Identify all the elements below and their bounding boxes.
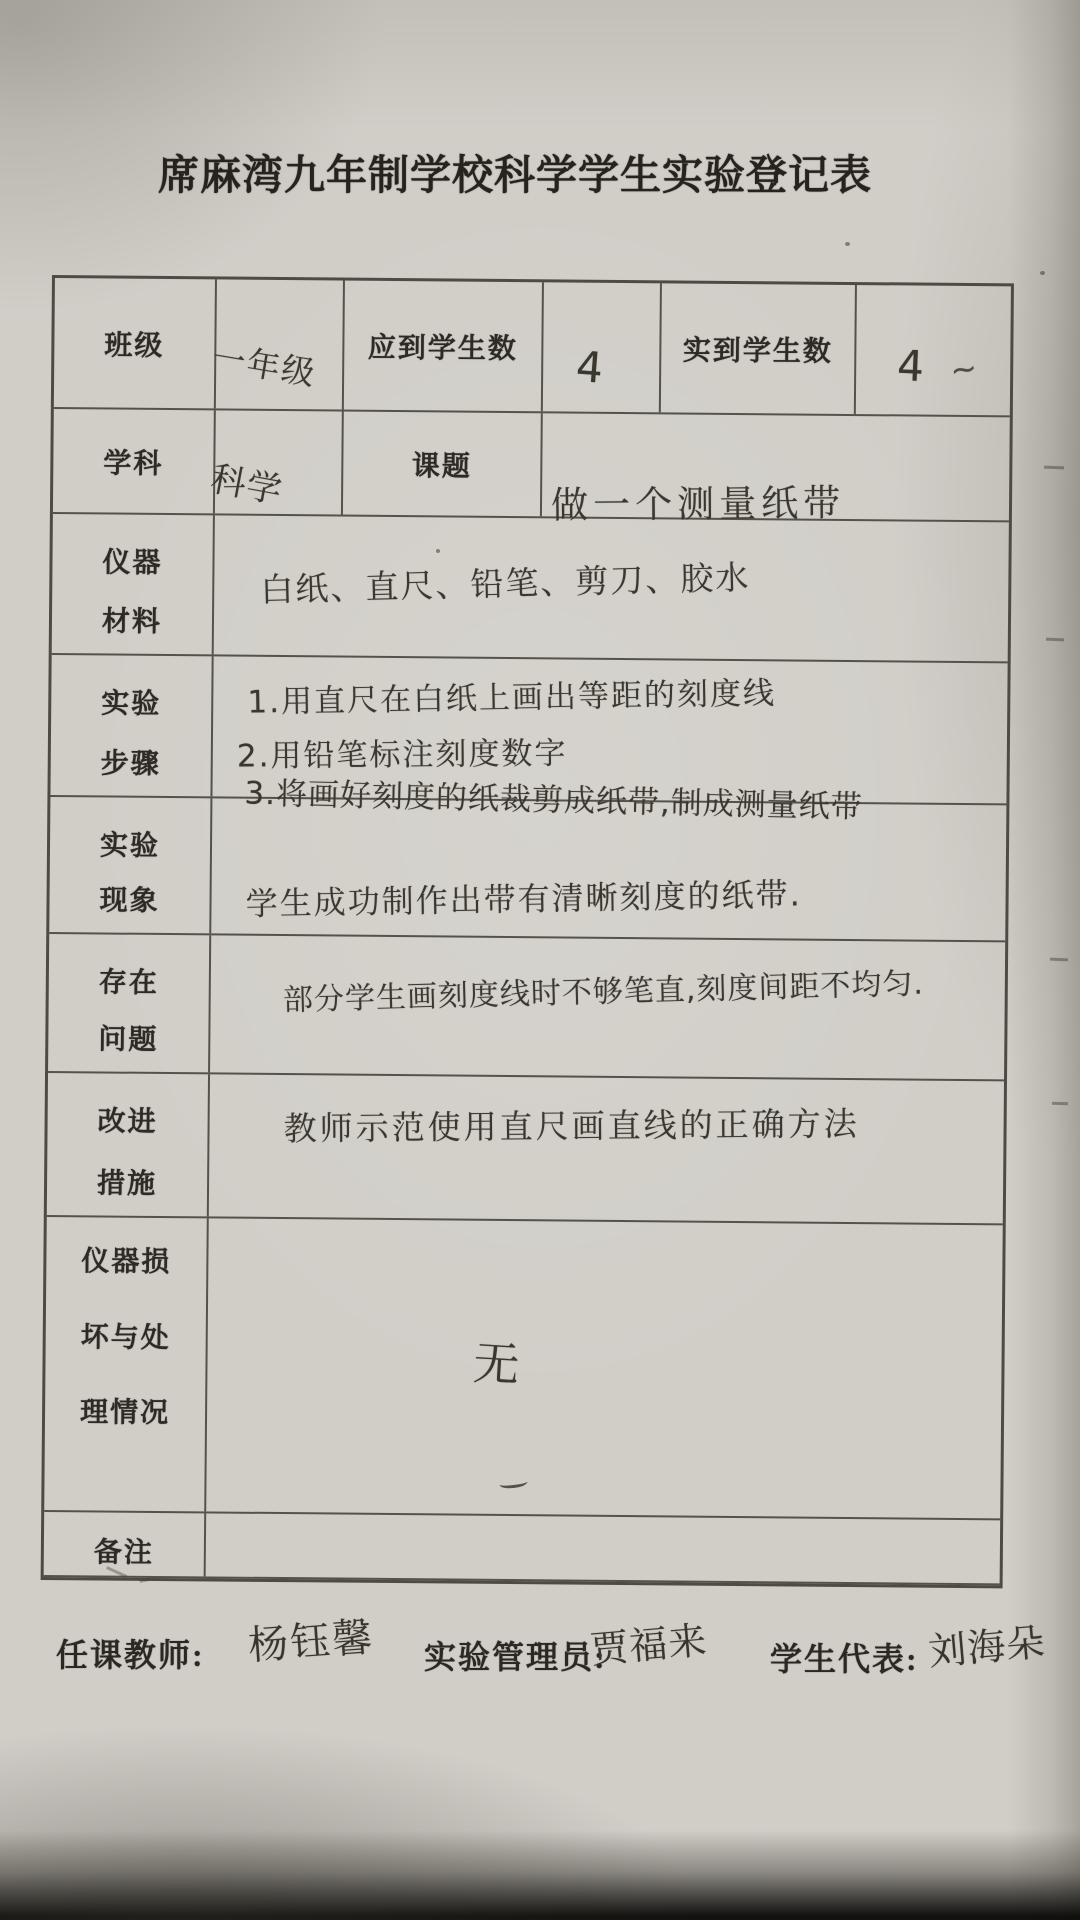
table-row-damage: 仪器损 坏与处 理情况 [44, 1217, 1003, 1520]
phenomenon-label-line1: 实验 [100, 823, 160, 864]
problems-label-line1: 存在 [99, 960, 159, 1001]
damage-label-line1: 仪器损 [81, 1239, 171, 1280]
equipment-label-line1: 仪器 [102, 540, 162, 581]
table-row-subject: 学科 课题 [53, 409, 1010, 522]
edge-mark-2 [1046, 638, 1064, 642]
damage-label-line2: 坏与处 [81, 1315, 171, 1356]
problems-label-line2: 问题 [98, 1017, 158, 1058]
expected-students-label: 应到学生数 [368, 325, 518, 366]
steps-label-line1: 实验 [101, 681, 161, 722]
table-row-class: 班级 应到学生数 实到学生数 [54, 278, 1011, 417]
student-rep-label: 学生代表: [770, 1634, 919, 1680]
remarks-label: 备注 [94, 1518, 154, 1571]
teacher-label: 任课教师: [56, 1630, 205, 1676]
table-row-improvement: 改进 措施 [47, 1073, 1004, 1225]
damage-value-handwritten: 无 [472, 1327, 522, 1396]
improvement-label-line1: 改进 [97, 1099, 157, 1140]
improvement-label-line2: 措施 [97, 1161, 157, 1202]
class-label: 班级 [104, 323, 164, 364]
phenomenon-value-handwritten: 学生成功制作出带有清晰刻度的纸带. [245, 869, 802, 925]
steps-line1-handwritten: 1.用直尺在白纸上画出等距的刻度线 [247, 667, 776, 721]
subject-label: 学科 [103, 441, 163, 482]
edge-mark-3 [1050, 958, 1068, 962]
student-rep-signature: 刘海朵 [926, 1611, 1047, 1676]
phenomenon-label-line2: 现象 [99, 878, 159, 919]
photo-speck-1 [845, 242, 850, 246]
actual-students-tilde-mark: ~ [948, 348, 980, 389]
photo-speck-3 [1040, 271, 1045, 275]
improvement-value-handwritten: 教师示范使用直尺画直线的正确方法 [283, 1098, 859, 1150]
steps-label-line2: 步骤 [101, 741, 161, 782]
table-row-remarks: 备注 [44, 1512, 1001, 1585]
expected-students-value-handwritten: 4 [574, 342, 604, 393]
photo-speck-2 [436, 549, 440, 553]
actual-students-value-handwritten: 4 [896, 341, 925, 391]
experiment-registration-table: 班级 应到学生数 实到学生数 学科 课题 仪器 材料 实验 步骤 实验 现象 [41, 275, 1014, 1588]
teacher-signature: 杨钰馨 [246, 1606, 376, 1672]
lab-manager-label: 实验管理员: [424, 1632, 607, 1678]
topic-value-handwritten: 做一个测量纸带 [551, 472, 845, 529]
page-title: 席麻湾九年制学校科学学生实验登记表 [0, 142, 1030, 201]
actual-students-label: 实到学生数 [683, 328, 833, 369]
topic-label: 课题 [412, 444, 472, 485]
edge-mark-1 [1044, 466, 1064, 470]
edge-mark-4 [1052, 1102, 1068, 1106]
equipment-label-line2: 材料 [102, 599, 162, 640]
damage-label-line3: 理情况 [80, 1390, 170, 1431]
lab-manager-signature: 贾福来 [588, 1609, 709, 1674]
